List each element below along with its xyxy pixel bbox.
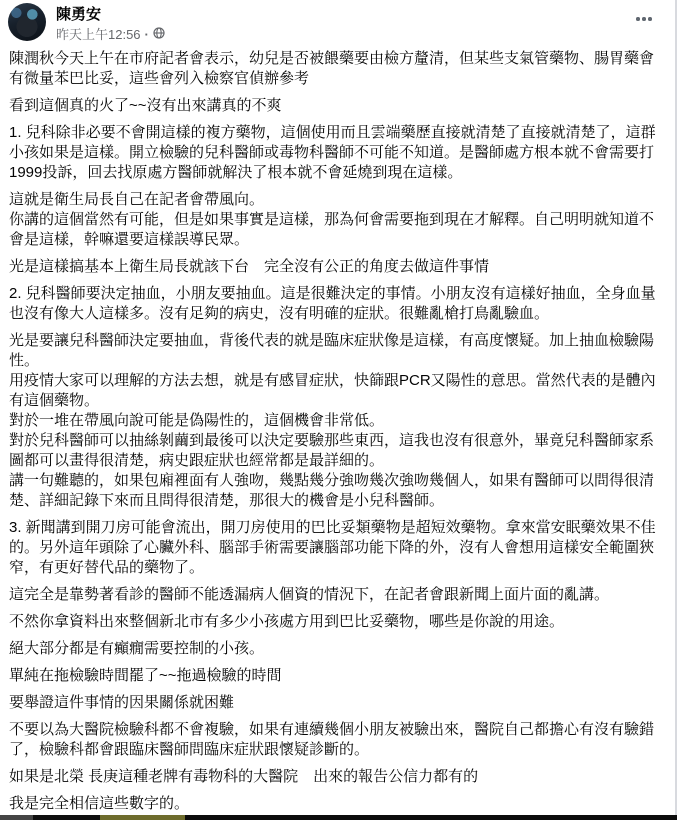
ellipsis-icon [636, 17, 640, 21]
author-name[interactable]: 陳勇安 [56, 5, 661, 24]
post-paragraph: 看到這個真的火了~~沒有出來講真的不爽 [9, 96, 656, 116]
post-meta: 昨天上午12:56 · [56, 25, 661, 43]
post-paragraph: 這就是衛生局長自己在記者會帶風向。你講的這個當然有可能，但是如果事實是這樣，那為… [9, 190, 656, 250]
post-paragraph: 單純在拖檢驗時間罷了~~拖過檢驗的時間 [9, 666, 656, 686]
post-paragraph: 不要以為大醫院檢驗科都不會複驗，如果有連續幾個小朋友被驗出來，醫院自己都擔心有沒… [9, 720, 656, 760]
attached-photo-edge[interactable] [0, 815, 677, 820]
facebook-post: 陳勇安 昨天上午12:56 · 陳潤秋今天上午在市府記者會表示，幼兒是否被餵藥要… [0, 0, 677, 820]
post-line: 對於兒科醫師可以抽絲剝繭到最後可以決定要驗那些東西，這我也沒有很意外，畢竟兒科醫… [9, 432, 654, 469]
photo-edge-segment [0, 815, 33, 820]
post-line: 這就是衛生局長自己在記者會帶風向。 [9, 191, 264, 208]
post-line: 我是完全相信這些數字的。 [9, 795, 189, 812]
post-line: 要舉證這件事情的因果關係就困難 [9, 694, 234, 711]
photo-edge-segment [185, 815, 677, 820]
post-paragraph: 這完全是靠勢著看診的醫師不能透漏病人個資的情況下，在記者會跟新聞上面片面的亂講。 [9, 585, 656, 605]
globe-public-icon [153, 26, 165, 43]
post-paragraph: 陳潤秋今天上午在市府記者會表示，幼兒是否被餵藥要由檢方釐清，但某些支氣管藥物、腸… [9, 49, 656, 89]
post-paragraph: 如果是北榮 長庚這種老牌有毒物科的大醫院 出來的報告公信力都有的 [9, 767, 656, 787]
post-line: 你講的這個當然有可能，但是如果事實是這樣，那為何會需要拖到現在才解釋。自己明明就… [9, 211, 654, 248]
post-line: 2. 兒科醫師要決定抽血，小朋友要抽血。這是很難決定的事情。小朋友沒有這樣好抽血… [9, 285, 656, 322]
post-text: 陳潤秋今天上午在市府記者會表示，幼兒是否被餵藥要由檢方釐清，但某些支氣管藥物、腸… [0, 47, 675, 814]
post-line: 絕大部分都是有癲癇需要控制的小孩。 [9, 640, 264, 657]
meta-separator: · [145, 26, 149, 43]
post-paragraph: 我是完全相信這些數字的。 [9, 794, 656, 814]
post-paragraph: 1. 兒科除非必要不會開這樣的複方藥物，這個使用而且雲端藥歷直接就清楚了直接就清… [9, 123, 656, 183]
post-line: 光是要讓兒科醫師決定要抽血，背後代表的就是臨床症狀像是這樣，有高度懷疑。加上抽血… [9, 332, 654, 369]
post-line: 3. 新聞講到開刀房可能會流出，開刀房使用的巴比妥類藥物是超短效藥物。拿來當安眠… [9, 519, 656, 576]
post-paragraph: 光是這樣搞基本上衛生局長就該下台 完全沒有公正的角度去做這件事情 [9, 257, 656, 277]
timestamp[interactable]: 昨天上午12:56 [56, 26, 141, 43]
post-paragraph: 要舉證這件事情的因果關係就困難 [9, 693, 656, 713]
photo-edge-segment [33, 815, 100, 820]
post-line: 這完全是靠勢著看診的醫師不能透漏病人個資的情況下，在記者會跟新聞上面片面的亂講。 [9, 586, 609, 603]
post-line: 用疫情大家可以理解的方法去想，就是有感冒症狀，快篩跟PCR又陽性的意思。當然代表… [9, 372, 656, 409]
post-line: 看到這個真的火了~~沒有出來講真的不爽 [9, 97, 282, 114]
post-paragraph: 2. 兒科醫師要決定抽血，小朋友要抽血。這是很難決定的事情。小朋友沒有這樣好抽血… [9, 284, 656, 324]
post-line: 對於一堆在帶風向說可能是偽陽性的，這個機會非常低。 [9, 412, 384, 429]
post-paragraph: 不然你拿資料出來整個新北市有多少小孩處方用到巴比妥藥物，哪些是你說的用途。 [9, 612, 656, 632]
post-line: 陳潤秋今天上午在市府記者會表示，幼兒是否被餵藥要由檢方釐清，但某些支氣管藥物、腸… [9, 50, 654, 87]
post-paragraph: 光是要讓兒科醫師決定要抽血，背後代表的就是臨床症狀像是這樣，有高度懷疑。加上抽血… [9, 331, 656, 511]
photo-edge-segment [100, 815, 185, 820]
more-options-button[interactable] [627, 6, 661, 32]
post-line: 單純在拖檢驗時間罷了~~拖過檢驗的時間 [9, 667, 282, 684]
post-paragraph: 3. 新聞講到開刀房可能會流出，開刀房使用的巴比妥類藥物是超短效藥物。拿來當安眠… [9, 518, 656, 578]
post-header: 陳勇安 昨天上午12:56 · [0, 0, 675, 47]
post-line: 1. 兒科除非必要不會開這樣的複方藥物，這個使用而且雲端藥歷直接就清楚了直接就清… [9, 124, 656, 181]
avatar[interactable] [8, 3, 46, 41]
post-line: 不要以為大醫院檢驗科都不會複驗，如果有連續幾個小朋友被驗出來，醫院自己都擔心有沒… [9, 721, 654, 758]
post-paragraph: 絕大部分都是有癲癇需要控制的小孩。 [9, 639, 656, 659]
post-line: 不然你拿資料出來整個新北市有多少小孩處方用到巴比妥藥物，哪些是你說的用途。 [9, 613, 564, 630]
post-line: 如果是北榮 長庚這種老牌有毒物科的大醫院 出來的報告公信力都有的 [9, 768, 478, 785]
post-line: 光是這樣搞基本上衛生局長就該下台 完全沒有公正的角度去做這件事情 [9, 258, 489, 275]
post-line: 講一句難聽的，如果包廂裡面有人強吻，幾點幾分強吻幾次強吻幾個人，如果有醫師可以問… [9, 472, 654, 509]
post-header-info: 陳勇安 昨天上午12:56 · [56, 3, 661, 43]
